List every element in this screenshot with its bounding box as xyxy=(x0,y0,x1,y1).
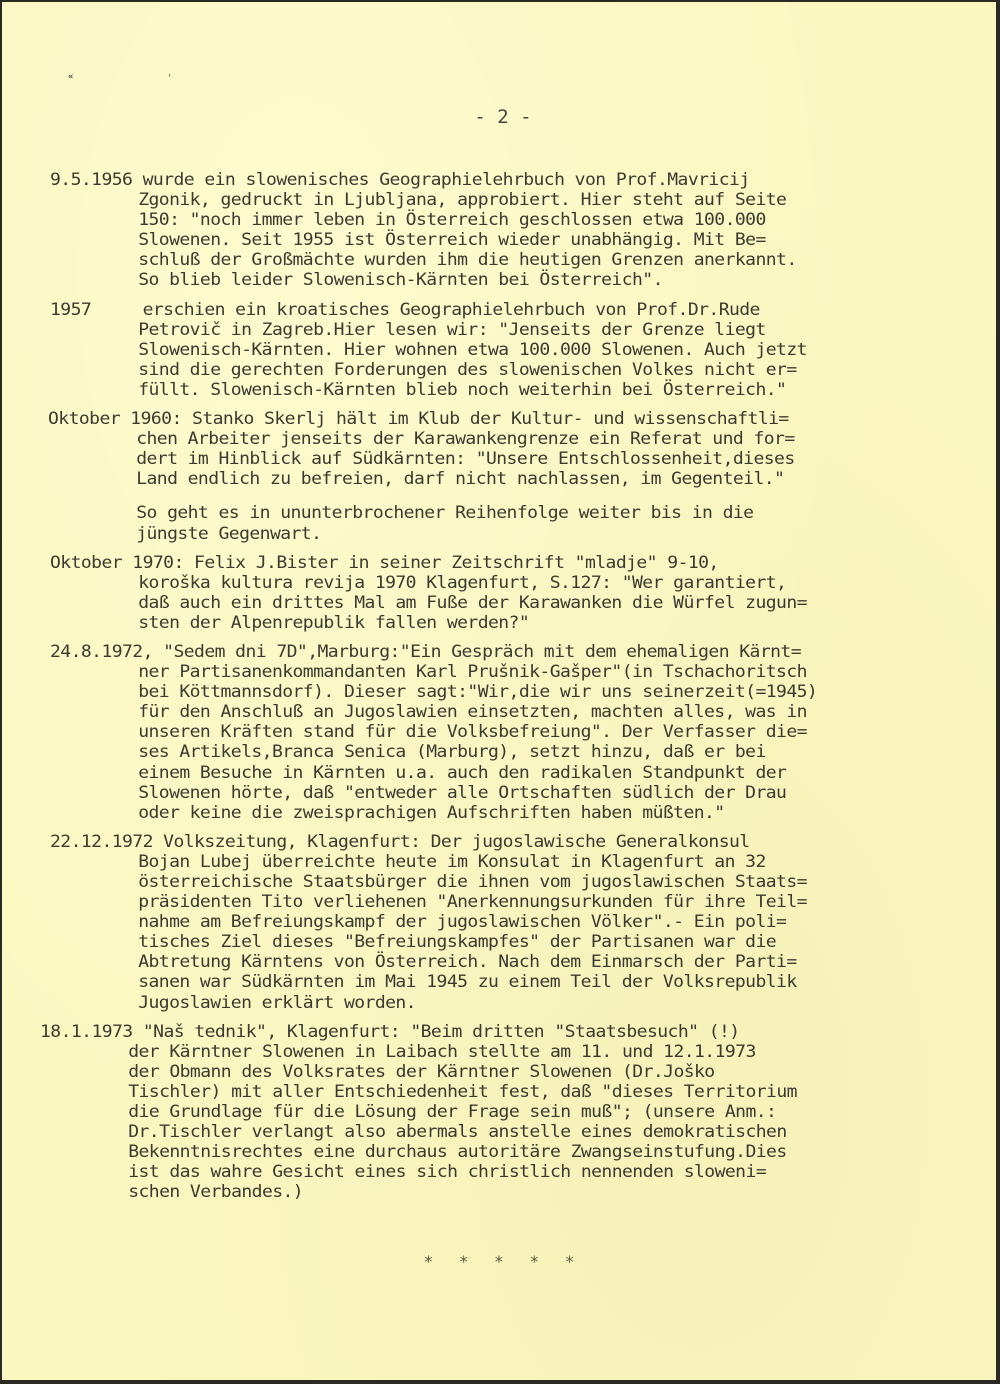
entry-line: oder keine die zweisprachigen Aufschrift… xyxy=(50,803,995,823)
chronology-entry: 22.12.1972 Volkszeitung, Klagenfurt: Der… xyxy=(50,832,995,1013)
paragraph-line: jüngste Gegenwart. xyxy=(48,524,995,544)
entry-line: Dr.Tischler verlangt also abermals anste… xyxy=(40,1122,995,1142)
entry-line: sten der Alpenrepublik fallen werden?" xyxy=(50,613,995,633)
entry-first-line: 24.8.1972, "Sedem dni 7D",Marburg:"Ein G… xyxy=(50,642,995,662)
document-page: « ˒ - 2 - 9.5.1956 wurde ein slowenische… xyxy=(2,2,996,1380)
entry-first-line: 9.5.1956 wurde ein slowenisches Geograph… xyxy=(50,170,995,190)
entry-first-line: Oktober 1960: Stanko Skerlj hält im Klub… xyxy=(48,409,995,429)
entry-line: Tischler) mit aller Entschiedenheit fest… xyxy=(40,1082,995,1102)
entry-line: der Kärntner Slowenen in Laibach stellte… xyxy=(40,1042,995,1062)
entry-line: Slowenisch-Kärnten. Hier wohnen etwa 100… xyxy=(50,340,995,360)
entry-line: österreichische Staatsbürger die ihnen v… xyxy=(50,872,995,892)
entry-line: Slowenen hörte, daß "entweder alle Ortsc… xyxy=(50,783,995,803)
entry-first-line: 22.12.1972 Volkszeitung, Klagenfurt: Der… xyxy=(50,832,995,852)
entry-line: Zgonik, gedruckt in Ljubljana, approbier… xyxy=(50,190,995,210)
entry-line: nahme am Befreiungskampf der jugoslawisc… xyxy=(50,912,995,932)
end-mark: * * * * * xyxy=(2,1252,996,1271)
entry-line: So blieb leider Slowenisch-Kärnten bei Ö… xyxy=(50,270,995,290)
entry-line: sanen war Südkärnten im Mai 1945 zu eine… xyxy=(50,972,995,992)
entry-line: Land endlich zu befreien, darf nicht nac… xyxy=(48,469,995,489)
entry-first-line: 1957 erschien ein kroatisches Geographie… xyxy=(50,300,995,320)
entry-line: dert im Hinblick auf Südkärnten: "Unsere… xyxy=(48,449,995,469)
page-number: - 2 - xyxy=(2,106,996,128)
chronology-entries: 9.5.1956 wurde ein slowenisches Geograph… xyxy=(50,170,950,1212)
chronology-entry: 18.1.1973 "Naš tednik", Klagenfurt: "Bei… xyxy=(40,1022,995,1203)
entry-line: Petrovič in Zagreb.Hier lesen wir: "Jens… xyxy=(50,320,995,340)
entry-first-line: 18.1.1973 "Naš tednik", Klagenfurt: "Bei… xyxy=(40,1022,995,1042)
entry-line: tisches Ziel dieses "Befreiungskampfes" … xyxy=(50,932,995,952)
chronology-entry: Oktober 1970: Felix J.Bister in seiner Z… xyxy=(50,553,995,633)
entry-line: chen Arbeiter jenseits der Karawankengre… xyxy=(48,429,995,449)
entry-first-line: Oktober 1970: Felix J.Bister in seiner Z… xyxy=(50,553,995,573)
entry-line: Bojan Lubej überreichte heute im Konsula… xyxy=(50,852,995,872)
entry-line: schen Verbandes.) xyxy=(40,1182,995,1202)
entry-line: koroška kultura revija 1970 Klagenfurt, … xyxy=(50,573,995,593)
entry-line: Bekenntnisrechtes eine durchaus autoritä… xyxy=(40,1142,995,1162)
entry-line: bei Köttmannsdorf). Dieser sagt:"Wir,die… xyxy=(50,682,995,702)
entry-line: ses Artikels,Branca Senica (Marburg), se… xyxy=(50,742,995,762)
entry-line: präsidenten Tito verliehenen "Anerkennun… xyxy=(50,892,995,912)
entry-line: daß auch ein drittes Mal am Fuße der Kar… xyxy=(50,593,995,613)
entry-line: schluß der Großmächte wurden ihm die heu… xyxy=(50,250,995,270)
entry-paragraph: So geht es in ununterbrochener Reihenfol… xyxy=(48,503,995,543)
entry-line: Slowenen. Seit 1955 ist Österreich wiede… xyxy=(50,230,995,250)
entry-line: sind die gerechten Forderungen des slowe… xyxy=(50,360,995,380)
chronology-entry: 9.5.1956 wurde ein slowenisches Geograph… xyxy=(50,170,995,291)
entry-line: 150: "noch immer leben in Österreich ges… xyxy=(50,210,995,230)
paragraph-line: So geht es in ununterbrochener Reihenfol… xyxy=(48,503,995,523)
chronology-entry: Oktober 1960: Stanko Skerlj hält im Klub… xyxy=(48,409,995,544)
chronology-entry: 24.8.1972, "Sedem dni 7D",Marburg:"Ein G… xyxy=(50,642,995,823)
entry-line: für den Anschluß an Jugoslawien einsetzt… xyxy=(50,702,995,722)
entry-line: unseren Kräften stand für die Volksbefre… xyxy=(50,722,995,742)
entry-line: ist das wahre Gesicht eines sich christl… xyxy=(40,1162,995,1182)
corner-marks: « ˒ xyxy=(68,72,216,82)
entry-line: Jugoslawien erklärt worden. xyxy=(50,993,995,1013)
entry-line: der Obmann des Volksrates der Kärntner S… xyxy=(40,1062,995,1082)
entry-line: die Grundlage für die Lösung der Frage s… xyxy=(40,1102,995,1122)
chronology-entry: 1957 erschien ein kroatisches Geographie… xyxy=(50,300,995,400)
entry-line: Abtretung Kärntens von Österreich. Nach … xyxy=(50,952,995,972)
entry-line: füllt. Slowenisch-Kärnten blieb noch wei… xyxy=(50,380,995,400)
entry-line: ner Partisanenkommandanten Karl Prušnik-… xyxy=(50,662,995,682)
entry-line: einem Besuche in Kärnten u.a. auch den r… xyxy=(50,763,995,783)
